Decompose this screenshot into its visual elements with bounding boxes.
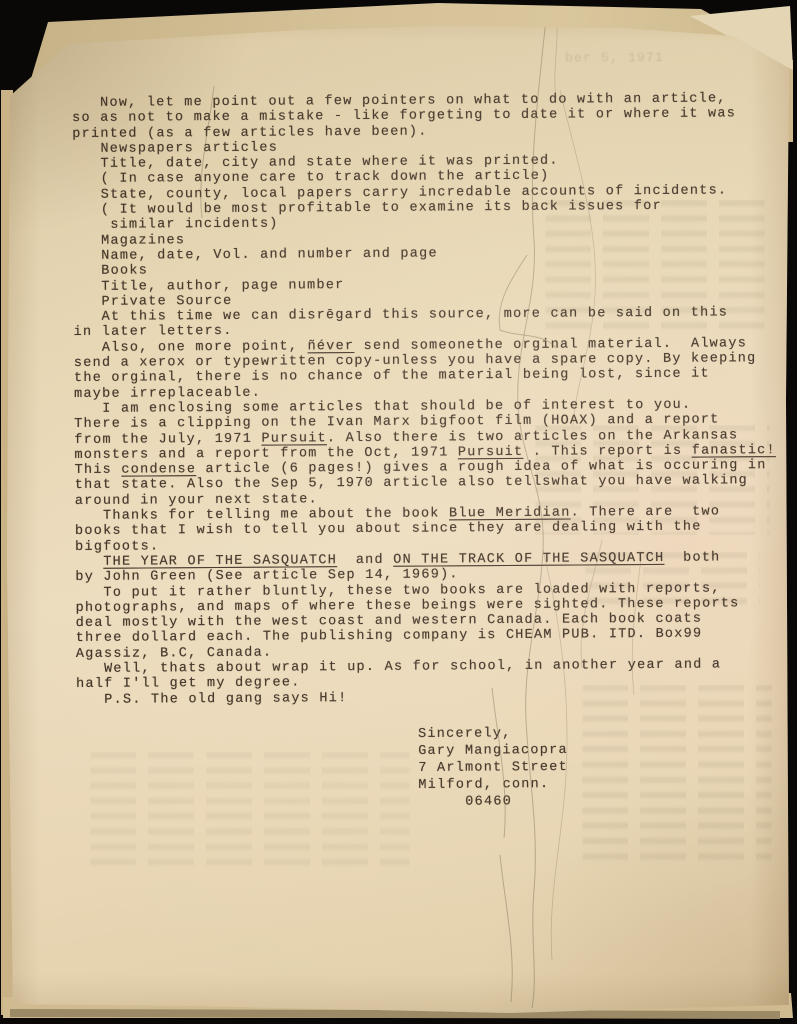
text-segment: Name, date, Vol. and number and page: [73, 246, 438, 264]
signature-line: Milford, conn.: [418, 776, 568, 794]
text-segment: Private Source: [73, 294, 232, 310]
text-segment: around in your next state.: [75, 492, 318, 509]
text-segment: [75, 555, 103, 570]
text-segment: from the July, 1971: [74, 431, 261, 447]
underlined-text: ñéver: [307, 339, 354, 354]
signature-line: Sincerely,: [418, 725, 568, 743]
signature-line: 7 Arlmont Street: [418, 759, 568, 777]
text-segment: Title, author, page number: [73, 278, 344, 295]
underlined-text: fanastic!: [692, 443, 776, 459]
text-segment: half I'll get my degree.: [76, 676, 301, 693]
signature-line: Gary Mangiacopra: [418, 742, 568, 760]
text-segment: printed (as a few articles have been).: [72, 124, 427, 141]
text-segment: Books: [73, 264, 148, 280]
text-segment: Also, one more point,: [74, 339, 308, 356]
text-segment: both: [664, 550, 720, 565]
faint-typed-date: ber 5, 1971: [565, 49, 745, 65]
underlined-text: Pursuit: [458, 445, 524, 460]
underlined-text: condense: [121, 462, 196, 478]
underlined-text: Pursuit: [261, 431, 327, 446]
text-segment: Newspapers articles: [72, 140, 278, 156]
text-segment: This: [75, 463, 122, 478]
text-segment: maybe irreplaceable.: [74, 385, 261, 401]
text-segment: . This report is: [523, 444, 691, 460]
letter-body: Now, let me point out a few pointers on …: [72, 91, 778, 708]
text-segment: in later letters.: [74, 324, 233, 340]
text-segment: Agassiz, B.C, Canada.: [76, 645, 272, 661]
signature-line: 06460: [418, 793, 568, 811]
text-segment: . There are two: [571, 505, 721, 521]
underlined-text: THE YEAR OF THE SASQUATCH: [103, 553, 337, 570]
signature-block: Sincerely,Gary Mangiacopra7 Arlmont Stre…: [418, 725, 568, 811]
bleedthrough-text-ghost: [90, 752, 410, 867]
photo-background: ber 5, 1971 Now, let me point out a few …: [0, 0, 797, 1024]
underlined-text: ON THE TRACK OF THE SASQUATCH: [393, 551, 664, 568]
text-segment: similar incidents): [73, 217, 279, 233]
underlined-text: Blue Meridian: [449, 506, 571, 522]
text-segment: and: [337, 553, 393, 568]
bleedthrough-text-ghost: [582, 685, 772, 865]
text-segment: P.S. The old gang says Hi!: [76, 691, 347, 708]
text-segment: bigfoots.: [75, 539, 159, 555]
letter-paper: ber 5, 1971 Now, let me point out a few …: [0, 0, 797, 1024]
text-segment: Magazines: [73, 233, 185, 249]
